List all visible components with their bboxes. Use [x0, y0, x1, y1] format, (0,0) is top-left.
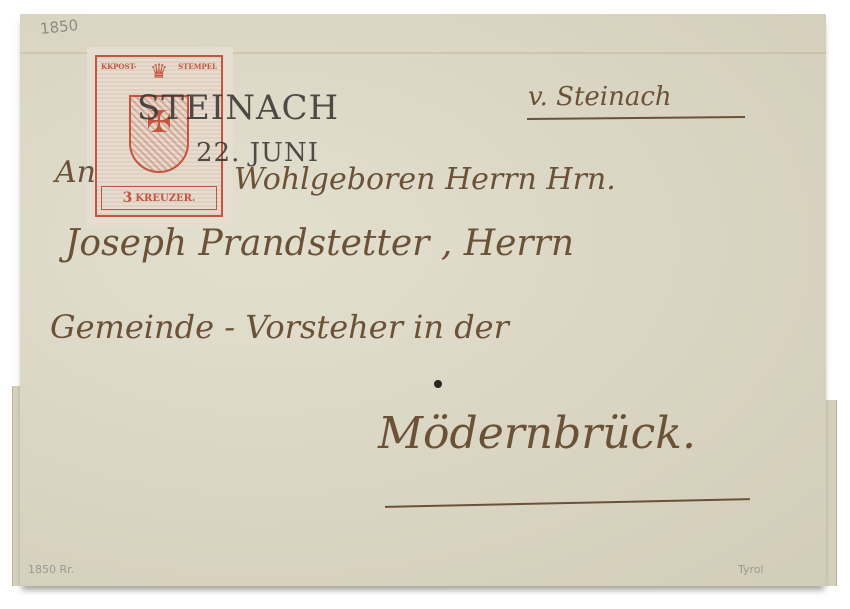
crown-icon: ♛: [150, 59, 168, 83]
address-prefix: An: [55, 155, 96, 190]
route-note: v. Steinach: [528, 82, 672, 112]
pencil-note-bottom-right: Tyrol: [738, 563, 764, 576]
address-line-3: Gemeinde - Vorsteher in der: [50, 308, 509, 346]
ink-spot: [434, 380, 442, 388]
address-line-1: Wohlgeboren Herrn Hrn.: [234, 162, 616, 197]
stamp-header-left: KKPOST-: [101, 62, 137, 71]
pencil-note-bottom-left: 1850 Rr.: [28, 563, 74, 576]
stamp-value-panel: 3 KREUZER.: [101, 186, 217, 210]
postmark-town: STEINACH: [137, 88, 339, 128]
address-line-2: Joseph Prandstetter , Herrn: [65, 223, 574, 264]
stamp-value-text: KREUZER.: [135, 193, 195, 204]
destination-town: Mödernbrück.: [378, 408, 696, 459]
stamp-header-right: STEMPEL: [178, 62, 217, 71]
stamp-frame: KKPOST- STEMPEL ♛ ✠ 3 KREUZER.: [95, 55, 223, 217]
postage-stamp: KKPOST- STEMPEL ♛ ✠ 3 KREUZER.: [87, 47, 233, 227]
stamp-value-number: 3: [123, 190, 133, 206]
